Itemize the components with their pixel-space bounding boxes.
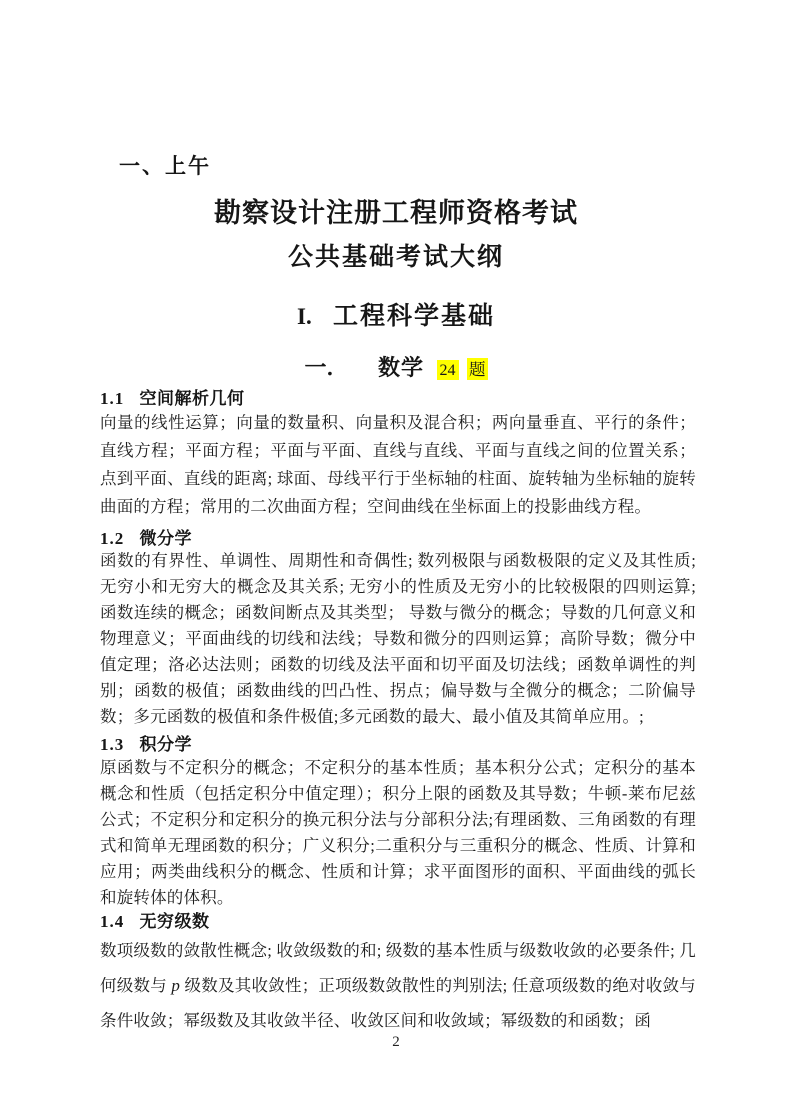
section-1-1-title: 空间解析几何: [140, 389, 245, 408]
section-1-4-heading: 1.4 无穷级数: [100, 907, 210, 932]
question-count-highlight: 24: [437, 360, 459, 380]
question-unit-highlight: 题: [467, 358, 488, 380]
part-title: 工程科学基础: [333, 303, 495, 330]
subject-title: 数学: [378, 355, 424, 380]
morning-section-label: 一、上午: [119, 150, 211, 180]
section-1-2-body: 函数的有界性、单调性、周期性和奇偶性; 数列极限与函数极限的定义及其性质; 无穷…: [100, 548, 696, 730]
page-number: 2: [0, 1034, 792, 1051]
document-page: 一、上午 勘察设计注册工程师资格考试 公共基础考试大纲 I. 工程科学基础 一．…: [0, 0, 792, 1120]
section-1-1-body: 向量的线性运算；向量的数量积、向量积及混合积；两向量垂直、平行的条件；直线方程；…: [100, 409, 696, 521]
section-1-2-title: 微分学: [140, 529, 193, 548]
section-1-2-number: 1.2: [100, 529, 124, 548]
subject-numeral: 一．: [304, 355, 348, 380]
section-1-4-body: 数项级数的敛散性概念; 收敛级数的和; 级数的基本性质与级数收敛的必要条件; 几…: [100, 933, 696, 1038]
subject-heading: 一． 数学 24 题: [0, 351, 792, 382]
section-1-3-number: 1.3: [100, 735, 124, 754]
section-1-3-title: 积分学: [140, 735, 193, 754]
document-title-line1: 勘察设计注册工程师资格考试: [0, 191, 792, 230]
section-1-4-title: 无穷级数: [140, 912, 210, 931]
math-variable-p: p: [171, 976, 180, 995]
section-1-1-number: 1.1: [100, 389, 124, 408]
section-1-4-text-after-var: 级数及其收敛性；正项级数敛散性的判别法; 任意项级数的绝对收敛与条件收敛；幂级数…: [100, 976, 696, 1030]
part-numeral: I.: [297, 304, 312, 329]
section-1-1-heading: 1.1 空间解析几何: [100, 384, 245, 409]
section-1-3-heading: 1.3 积分学: [100, 730, 192, 755]
part-heading: I. 工程科学基础: [0, 296, 792, 332]
document-title-line2: 公共基础考试大纲: [0, 237, 792, 273]
section-1-4-number: 1.4: [100, 912, 124, 931]
section-1-3-body: 原函数与不定积分的概念；不定积分的基本性质；基本积分公式；定积分的基本概念和性质…: [100, 755, 696, 911]
section-1-2-heading: 1.2 微分学: [100, 524, 192, 549]
